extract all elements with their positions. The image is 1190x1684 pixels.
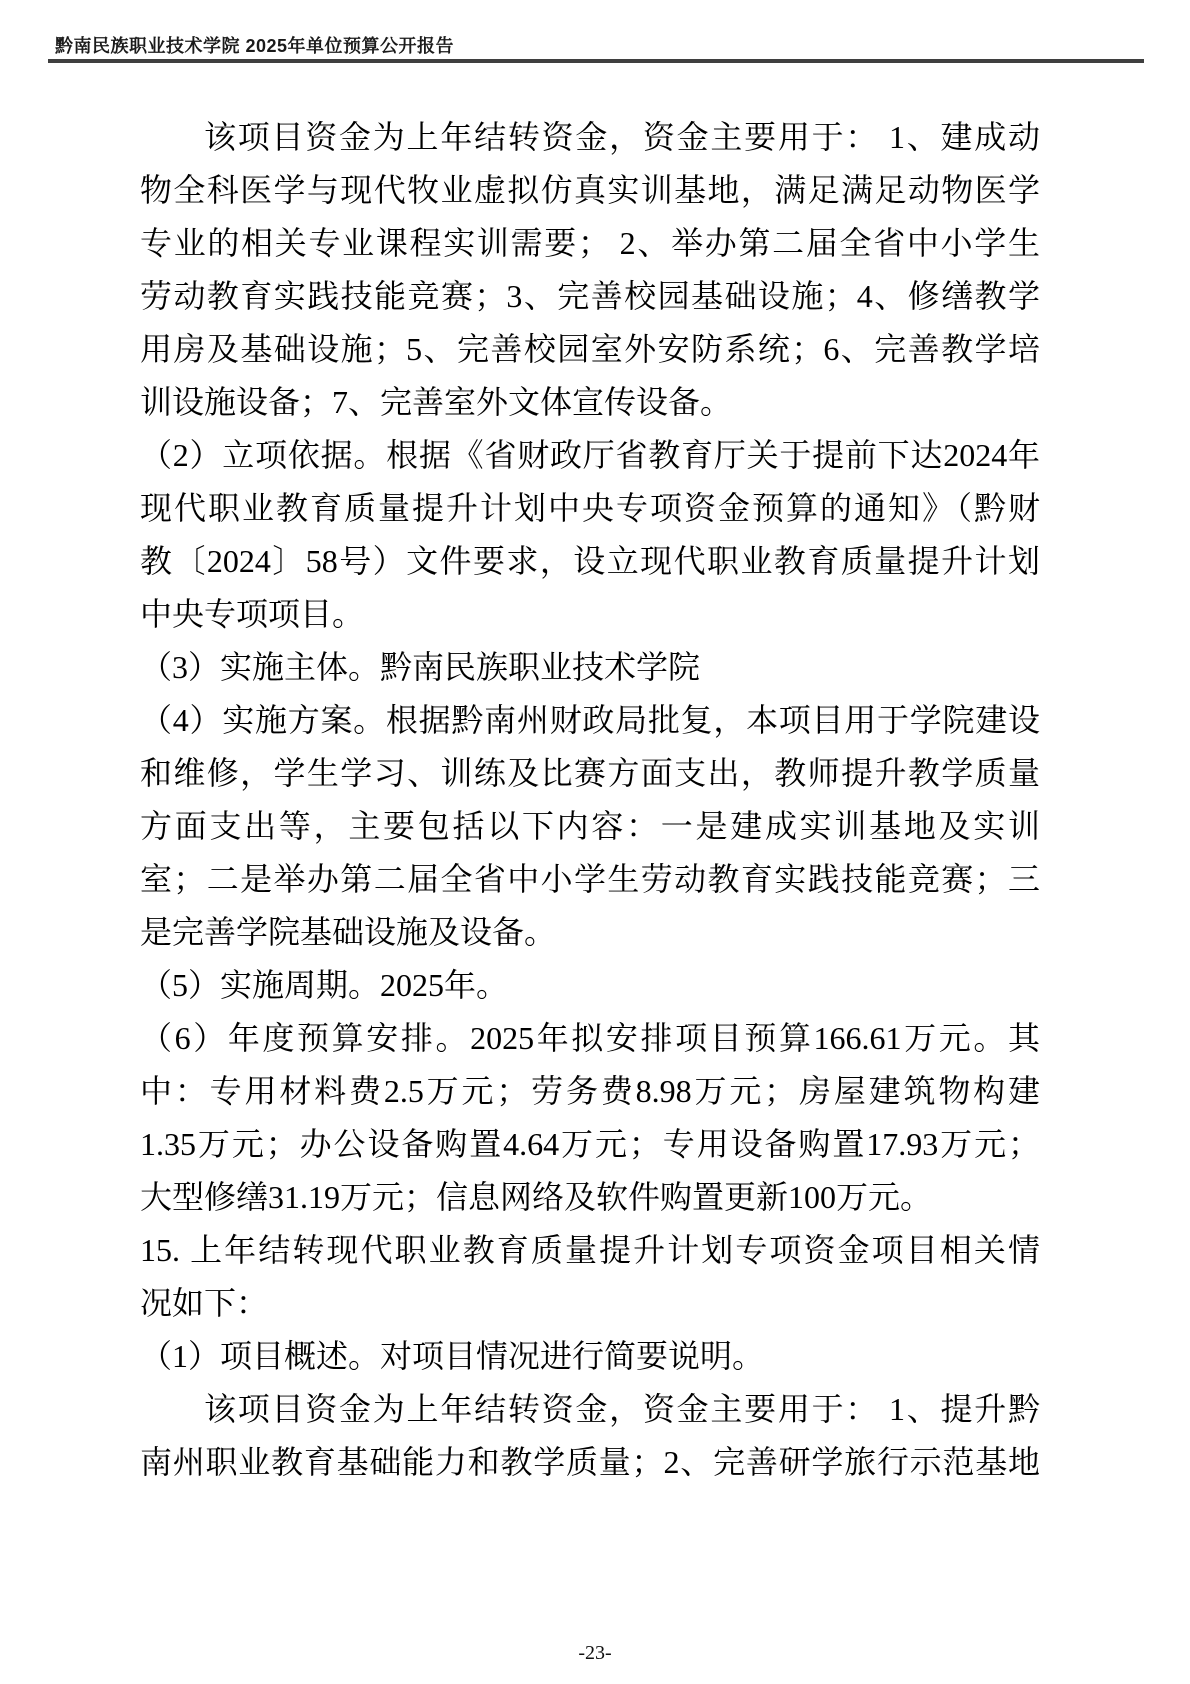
header-title: 黔南民族职业技术学院 2025年单位预算公开报告 bbox=[55, 32, 454, 58]
text-line: 该项目资金为上年结转资金，资金主要用于： 1、建成动 bbox=[140, 111, 1040, 164]
text-line: 南州职业教育基础能力和教学质量；2、完善研学旅行示范基地 bbox=[140, 1436, 1040, 1489]
text-line: 是完善学院基础设施及设备。 bbox=[140, 906, 1040, 959]
text-line: （5）实施周期。2025年。 bbox=[140, 959, 1040, 1012]
document-page: 黔南民族职业技术学院 2025年单位预算公开报告 该项目资金为上年结转资金，资金… bbox=[0, 0, 1190, 1684]
text-line: 现代职业教育质量提升计划中央专项资金预算的通知》（黔财 bbox=[140, 482, 1040, 535]
text-line: 室；二是举办第二届全省中小学生劳动教育实践技能竞赛；三 bbox=[140, 853, 1040, 906]
text-line: 15. 上年结转现代职业教育质量提升计划专项资金项目相关情 bbox=[140, 1224, 1040, 1277]
text-line: 方面支出等，主要包括以下内容：一是建成实训基地及实训 bbox=[140, 800, 1040, 853]
text-line: 教〔2024〕58号）文件要求，设立现代职业教育质量提升计划 bbox=[140, 535, 1040, 588]
text-line: （1）项目概述。对项目情况进行简要说明。 bbox=[140, 1330, 1040, 1383]
text-line: 大型修缮31.19万元；信息网络及软件购置更新100万元。 bbox=[140, 1171, 1040, 1224]
text-line: （3）实施主体。黔南民族职业技术学院 bbox=[140, 641, 1040, 694]
text-line: 况如下： bbox=[140, 1277, 1040, 1330]
text-line: （2）立项依据。根据《省财政厅省教育厅关于提前下达2024年 bbox=[140, 429, 1040, 482]
text-line: 劳动教育实践技能竞赛；3、完善校园基础设施；4、修缮教学 bbox=[140, 270, 1040, 323]
header-rule bbox=[48, 59, 1144, 63]
text-line: 专业的相关专业课程实训需要； 2、举办第二届全省中小学生 bbox=[140, 217, 1040, 270]
text-line: 1.35万元；办公设备购置4.64万元；专用设备购置17.93万元； bbox=[140, 1118, 1040, 1171]
page-footer: -23- bbox=[0, 1642, 1190, 1665]
text-line: 该项目资金为上年结转资金，资金主要用于： 1、提升黔 bbox=[140, 1383, 1040, 1436]
text-line: （4）实施方案。根据黔南州财政局批复，本项目用于学院建设 bbox=[140, 694, 1040, 747]
page-number: -23- bbox=[578, 1642, 611, 1664]
text-line: 中央专项项目。 bbox=[140, 588, 1040, 641]
text-line: 中：专用材料费2.5万元；劳务费8.98万元；房屋建筑物构建 bbox=[140, 1065, 1040, 1118]
text-line: 训设施设备；7、完善室外文体宣传设备。 bbox=[140, 376, 1040, 429]
text-line: 用房及基础设施；5、完善校园室外安防系统；6、完善教学培 bbox=[140, 323, 1040, 376]
text-line: （6）年度预算安排。2025年拟安排项目预算166.61万元。其 bbox=[140, 1012, 1040, 1065]
text-line: 物全科医学与现代牧业虚拟仿真实训基地，满足满足动物医学 bbox=[140, 164, 1040, 217]
document-body: 该项目资金为上年结转资金，资金主要用于： 1、建成动物全科医学与现代牧业虚拟仿真… bbox=[140, 111, 1040, 1489]
text-line: 和维修，学生学习、训练及比赛方面支出，教师提升教学质量 bbox=[140, 747, 1040, 800]
